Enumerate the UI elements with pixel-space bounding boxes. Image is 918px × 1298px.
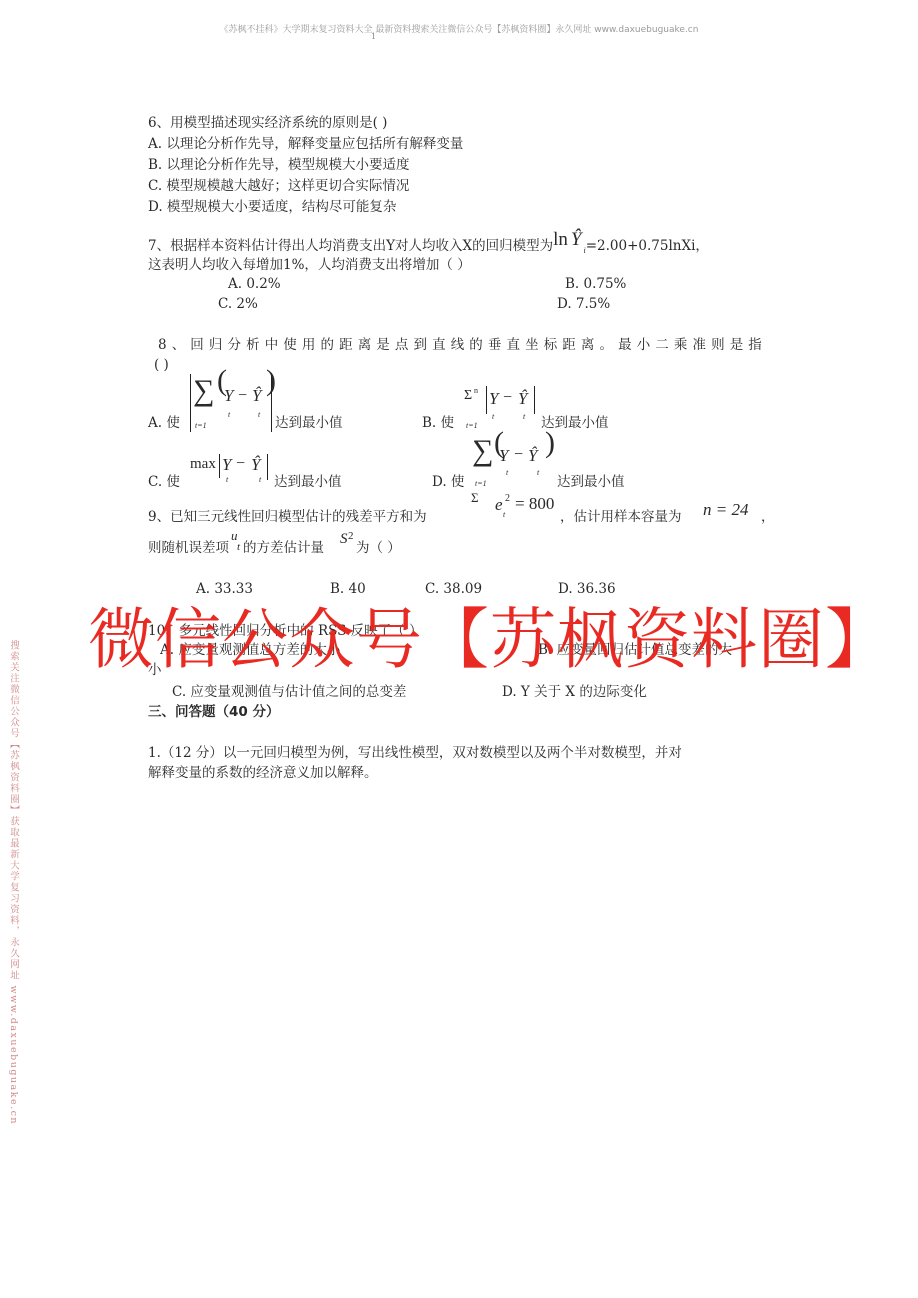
s-sup: 2: [348, 530, 354, 542]
y-var: Y: [499, 446, 508, 466]
q7-stem-prefix: 7、根据样本资料估计得出人均消费支出Y对人均收入X的回归模型为: [148, 238, 553, 254]
minus: −: [514, 446, 523, 464]
sub-t-eq-1: t=1: [195, 421, 207, 430]
q9-line2-prefix: 则随机误差项: [148, 539, 229, 557]
abs-bar-left: [219, 454, 220, 478]
y-var: Y: [222, 455, 231, 475]
q8-option-c-label: C. 使: [148, 473, 180, 491]
e-sub: t: [503, 510, 505, 519]
q9-stem-end: ，: [761, 508, 775, 526]
sub-t: t: [523, 412, 525, 421]
sub-t-eq-1: t=1: [466, 421, 478, 430]
q10-option-d: D. Y 关于 X 的边际变化: [502, 683, 647, 701]
right-paren: ): [545, 428, 555, 458]
q8-option-c-suffix: 达到最小值: [274, 473, 342, 491]
y-var: Y: [224, 386, 233, 406]
sum-symbol-small: Σ: [464, 388, 472, 404]
q9-stem-mid: ，估计用样本容量为: [560, 508, 682, 526]
sum-symbol: ∑: [193, 376, 214, 406]
sub-t: t: [228, 410, 230, 419]
q6-option-d: D. 模型规模大小要适度，结构尽可能复杂: [148, 198, 396, 216]
q6-option-b: B. 以理论分析作先导，模型规模大小要适度: [148, 156, 410, 174]
q8-stem: 8、回归分析中使用的距离是点到直线的垂直坐标距离。最小二乘准则是指: [158, 336, 767, 354]
abs-bar-right: [267, 454, 268, 480]
q9-option-b: B. 40: [330, 580, 366, 598]
q9-line2-end: 为（ ）: [356, 539, 401, 557]
sub-t: t: [537, 468, 539, 477]
q8-option-a-label: A. 使: [148, 414, 180, 432]
q6-option-c: C. 模型规模越大越好；这样更切合实际情况: [148, 177, 409, 195]
q8-option-b-label: B. 使: [422, 414, 454, 432]
q7-stem-line1: 7、根据样本资料估计得出人均消费支出Y对人均收入X的回归模型为lnŶi=2.00…: [148, 236, 709, 257]
minus: −: [503, 389, 512, 407]
q8-stem-line2: ( ): [154, 356, 169, 374]
q7-formula-ln: ln: [553, 229, 568, 250]
abs-bar-left: [190, 374, 191, 432]
q9-option-a: A. 33.33: [196, 580, 253, 598]
q7-formula-rest: =2.00+0.75lnXi，: [586, 238, 709, 254]
header-mark: 1: [371, 32, 376, 41]
q7-stem-line2: 这表明人均收入每增加1%，人均消费支出将增加（ ）: [148, 256, 471, 274]
q6-option-a: A. 以理论分析作先导，解释变量应包括所有解释变量: [148, 135, 463, 153]
side-watermark: 搜索关注微信公众号【苏枫资料圈】获取最新大学复习资料，永久网址 www.daxu…: [6, 640, 20, 1125]
max-operator: max: [190, 456, 216, 473]
page-header-watermark: 《苏枫不挂科》大学期末复习资料大全 最新资料搜索关注微信公众号【苏枫资料圈】永久…: [0, 22, 918, 35]
q7-option-a: A. 0.2%: [228, 275, 281, 293]
e-sup: 2: [505, 493, 510, 504]
n-eq-24: n = 24: [703, 500, 748, 520]
sub-t-eq-1: t=1: [475, 479, 487, 488]
yhat-var: Ŷ: [518, 389, 527, 409]
q7-formula-sub: i: [583, 246, 585, 255]
q7-formula-yhat: Ŷ: [571, 229, 582, 250]
sub-t: t: [506, 468, 508, 477]
sup-n: n: [474, 386, 478, 395]
section-3-q1-line1: 1.（12 分）以一元回归模型为例，写出线性模型，双对数模型以及两个半对数模型，…: [148, 744, 682, 762]
q8-option-d-label: D. 使: [432, 473, 464, 491]
q7-option-b: B. 0.75%: [565, 275, 626, 293]
sum-symbol: ∑: [472, 436, 493, 466]
sum-symbol-small: Σ: [471, 490, 479, 506]
eq-800: = 800: [515, 494, 554, 514]
e-var: e: [495, 495, 503, 515]
q6-stem: 6、用模型描述现实经济系统的原则是( ): [148, 114, 387, 132]
sub-t: t: [258, 410, 260, 419]
yhat-var: Ŷ: [528, 446, 537, 466]
minus: −: [238, 387, 247, 405]
q10-option-c: C. 应变量观测值与估计值之间的总变差: [172, 683, 406, 701]
abs-bar-left: [486, 386, 487, 414]
q9-stem-prefix: 9、已知三元线性回归模型估计的残差平方和为: [148, 508, 427, 526]
q8-option-d-suffix: 达到最小值: [557, 473, 625, 491]
sub-t: t: [492, 412, 494, 421]
s-var: S: [340, 531, 348, 548]
section-3-title: 三、问答题（40 分）: [148, 703, 280, 721]
q9-option-c: C. 38.09: [425, 580, 482, 598]
q7-option-d: D. 7.5%: [557, 295, 610, 313]
yhat-var: Ŷ: [251, 455, 260, 475]
u-sub: t: [237, 541, 240, 553]
abs-bar-right: [271, 374, 272, 432]
q9-option-d: D. 36.36: [558, 580, 616, 598]
y-var: Y: [489, 389, 498, 409]
yhat-var: Ŷ: [252, 386, 261, 406]
wechat-watermark-overlay: 微信公众号【苏枫资料圈】: [88, 602, 892, 678]
sub-t: t: [226, 475, 228, 484]
q7-option-c: C. 2%: [218, 295, 258, 313]
q8-option-a-suffix: 达到最小值: [275, 414, 343, 432]
sub-t: t: [259, 475, 261, 484]
section-3-q1-line2: 解释变量的系数的经济意义加以解释。: [148, 764, 378, 782]
q9-line2-mid: 的方差估计量: [243, 539, 324, 557]
minus: −: [236, 455, 245, 473]
abs-bar-right: [534, 386, 535, 414]
